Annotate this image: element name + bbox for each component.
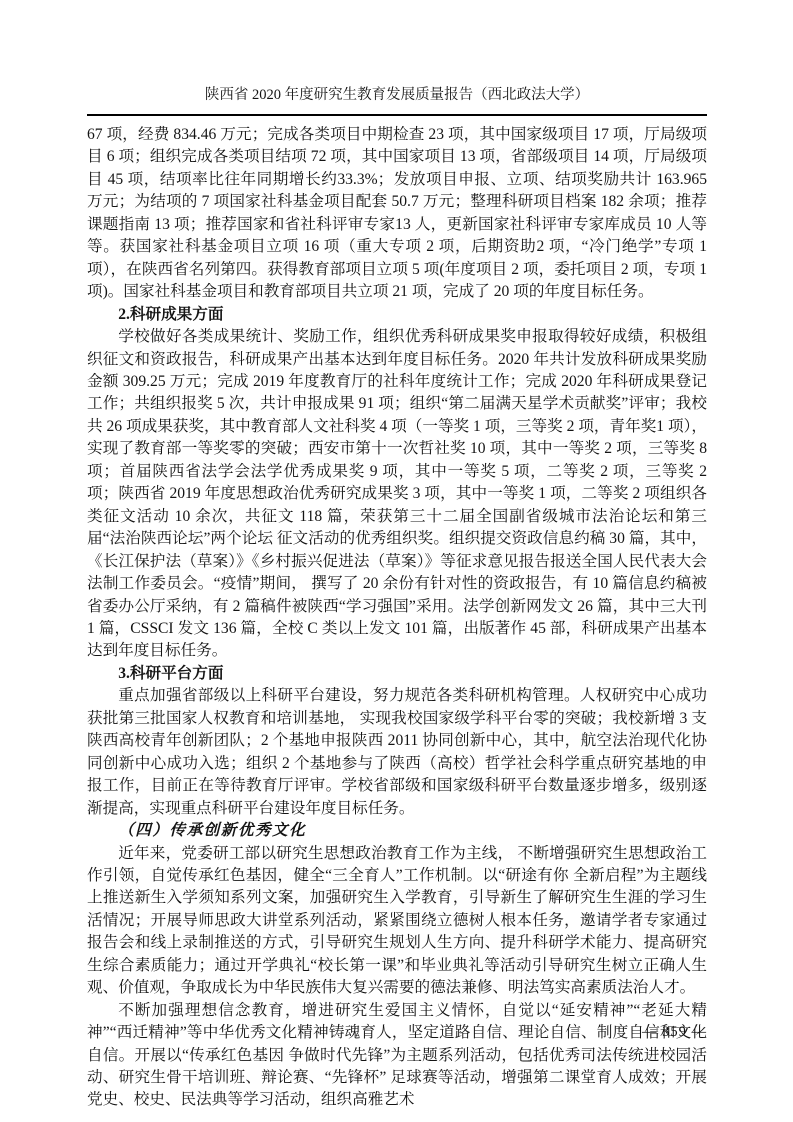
running-header-title: 陕西省 2020 年度研究生教育发展质量报告（西北政法大学） [87, 86, 707, 104]
paragraph-continued-project-funding: 67 项，经费 834.46 万元；完成各类项目中期检查 23 项，其中国家级项… [87, 124, 707, 304]
heading-research-platforms: 3.科研平台方面 [87, 663, 707, 685]
paragraph-ideal-belief-education: 不断加强理想信念教育，增进研究生爱国主义情怀，自觉以“延安精神”“老延大精神”“… [87, 1000, 707, 1112]
document-page: 陕西省 2020 年度研究生教育发展质量报告（西北政法大学） 67 项，经费 8… [0, 0, 793, 1122]
paragraph-research-achievements: 学校做好各类成果统计、奖励工作，组织优秀科研成果奖申报取得较好成绩，积极组织征文… [87, 326, 707, 663]
heading-culture-inheritance: （四）传承创新优秀文化 [87, 820, 707, 842]
document-body: 67 项，经费 834.46 万元；完成各类项目中期检查 23 项，其中国家级项… [87, 124, 707, 1112]
header-rule-divider [87, 114, 707, 116]
paragraph-ideological-education: 近年来，党委研工部以研究生思想政治教育工作为主线， 不断增强研究生思想政治工作引… [87, 843, 707, 1000]
heading-research-achievements: 2.科研成果方面 [87, 304, 707, 326]
page-number: — 359 — [87, 1024, 707, 1041]
paragraph-research-platforms: 重点加强省部级以上科研平台建设，努力规范各类科研机构管理。人权研究中心成功获批第… [87, 685, 707, 820]
